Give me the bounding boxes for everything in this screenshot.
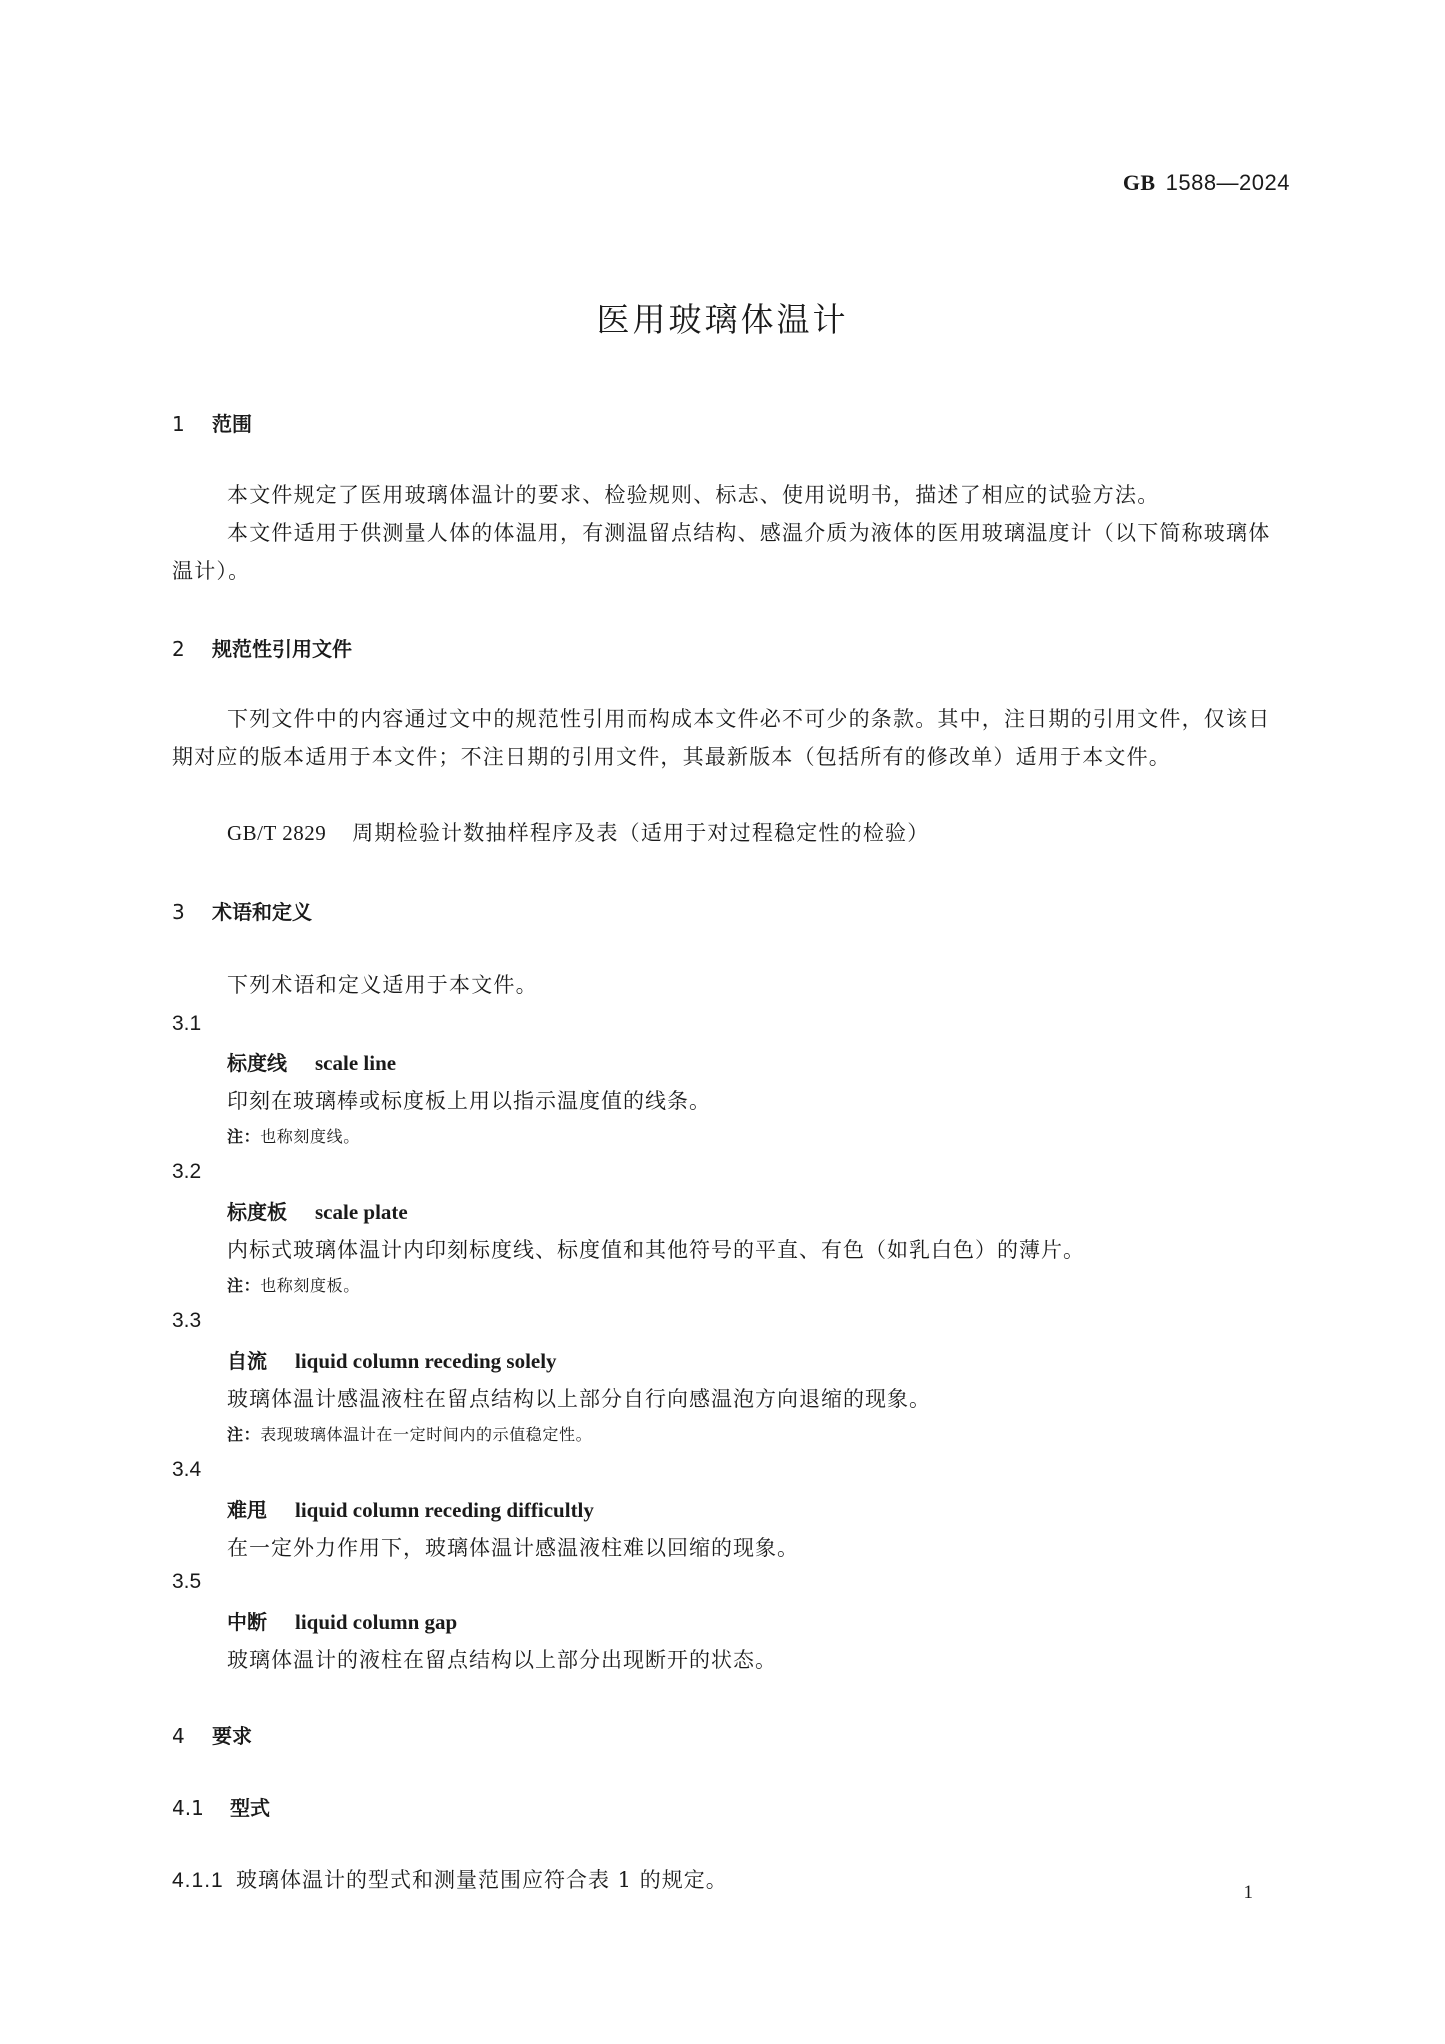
subsection-number: 4.1 (172, 1796, 230, 1820)
term-zh: 标度板 (227, 1200, 287, 1224)
section-number: 2 (172, 637, 212, 661)
standard-code: GB1588—2024 (1123, 170, 1290, 196)
reference-title: 周期检验计数抽样程序及表（适用于对过程稳定性的检验） (352, 821, 929, 845)
term-en: liquid column gap (295, 1610, 457, 1634)
subsection-4-1-heading: 4.1型式 (172, 1792, 270, 1821)
term-number: 3.4 (172, 1458, 201, 1482)
term-en: liquid column receding solely (295, 1349, 557, 1373)
scope-paragraph-2: 本文件适用于供测量人体的体温用，有测温留点结构、感温介质为液体的医用玻璃温度计（… (172, 514, 1290, 590)
term-number: 3.5 (172, 1570, 201, 1594)
term-note: 注：表现玻璃体温计在一定时间内的示值稳定性。 (227, 1422, 592, 1445)
note-text: 也称刻度板。 (260, 1276, 360, 1295)
section-1-heading: 1范围 (172, 408, 252, 437)
term-zh: 难甩 (227, 1498, 267, 1522)
note-label: 注： (227, 1127, 260, 1146)
note-label: 注： (227, 1425, 260, 1444)
term-definition: 玻璃体温计的液柱在留点结构以上部分出现断开的状态。 (227, 1644, 777, 1674)
section-number: 3 (172, 900, 212, 924)
clause-text: 玻璃体温计的型式和测量范围应符合表 1 的规定。 (236, 1868, 728, 1892)
note-text: 表现玻璃体温计在一定时间内的示值稳定性。 (260, 1425, 592, 1444)
page-number: 1 (1244, 1882, 1254, 1904)
term-en: scale plate (315, 1200, 408, 1224)
term-heading: 自流liquid column receding solely (227, 1345, 557, 1374)
term-note: 注：也称刻度板。 (227, 1273, 360, 1296)
section-title: 范围 (212, 412, 252, 436)
subsection-title: 型式 (230, 1796, 270, 1820)
term-number: 3.3 (172, 1309, 201, 1333)
reference-code: GB/T 2829 (227, 821, 326, 845)
normative-refs-paragraph: 下列文件中的内容通过文中的规范性引用而构成本文件必不可少的条款。其中，注日期的引… (172, 700, 1290, 776)
term-definition: 在一定外力作用下，玻璃体温计感温液柱难以回缩的现象。 (227, 1532, 799, 1562)
document-title: 医用玻璃体温计 (0, 294, 1445, 341)
section-number: 4 (172, 1724, 212, 1748)
term-heading: 标度板scale plate (227, 1196, 408, 1225)
term-definition: 玻璃体温计感温液柱在留点结构以上部分自行向感温泡方向退缩的现象。 (227, 1383, 931, 1413)
term-heading: 标度线scale line (227, 1047, 396, 1076)
section-3-heading: 3术语和定义 (172, 896, 312, 925)
term-definition: 印刻在玻璃棒或标度板上用以指示温度值的线条。 (227, 1085, 711, 1115)
scope-paragraph-1: 本文件规定了医用玻璃体温计的要求、检验规则、标志、使用说明书，描述了相应的试验方… (172, 476, 1290, 514)
section-2-heading: 2规范性引用文件 (172, 633, 352, 662)
section-4-heading: 4要求 (172, 1720, 252, 1749)
term-en: scale line (315, 1051, 396, 1075)
term-heading: 中断liquid column gap (227, 1606, 457, 1635)
section-title: 术语和定义 (212, 900, 312, 924)
term-zh: 标度线 (227, 1051, 287, 1075)
term-definition: 内标式玻璃体温计内印刻标度线、标度值和其他符号的平直、有色（如乳白色）的薄片。 (227, 1234, 1085, 1264)
section-title: 要求 (212, 1724, 252, 1748)
note-label: 注： (227, 1276, 260, 1295)
term-zh: 自流 (227, 1349, 267, 1373)
term-en: liquid column receding difficultly (295, 1498, 594, 1522)
section-title: 规范性引用文件 (212, 637, 352, 661)
term-number: 3.1 (172, 1012, 201, 1036)
terms-intro: 下列术语和定义适用于本文件。 (172, 966, 1290, 1004)
term-note: 注：也称刻度线。 (227, 1124, 360, 1147)
standard-prefix: GB (1123, 170, 1156, 195)
note-text: 也称刻度线。 (260, 1127, 360, 1146)
term-heading: 难甩liquid column receding difficultly (227, 1494, 594, 1523)
reference-item: GB/T 2829周期检验计数抽样程序及表（适用于对过程稳定性的检验） (172, 814, 1290, 852)
term-zh: 中断 (227, 1610, 267, 1634)
section-number: 1 (172, 412, 212, 436)
clause-4-1-1: 4.1.1玻璃体温计的型式和测量范围应符合表 1 的规定。 (172, 1864, 728, 1894)
standard-number: 1588—2024 (1166, 170, 1290, 195)
term-number: 3.2 (172, 1160, 201, 1184)
clause-number: 4.1.1 (172, 1869, 236, 1893)
